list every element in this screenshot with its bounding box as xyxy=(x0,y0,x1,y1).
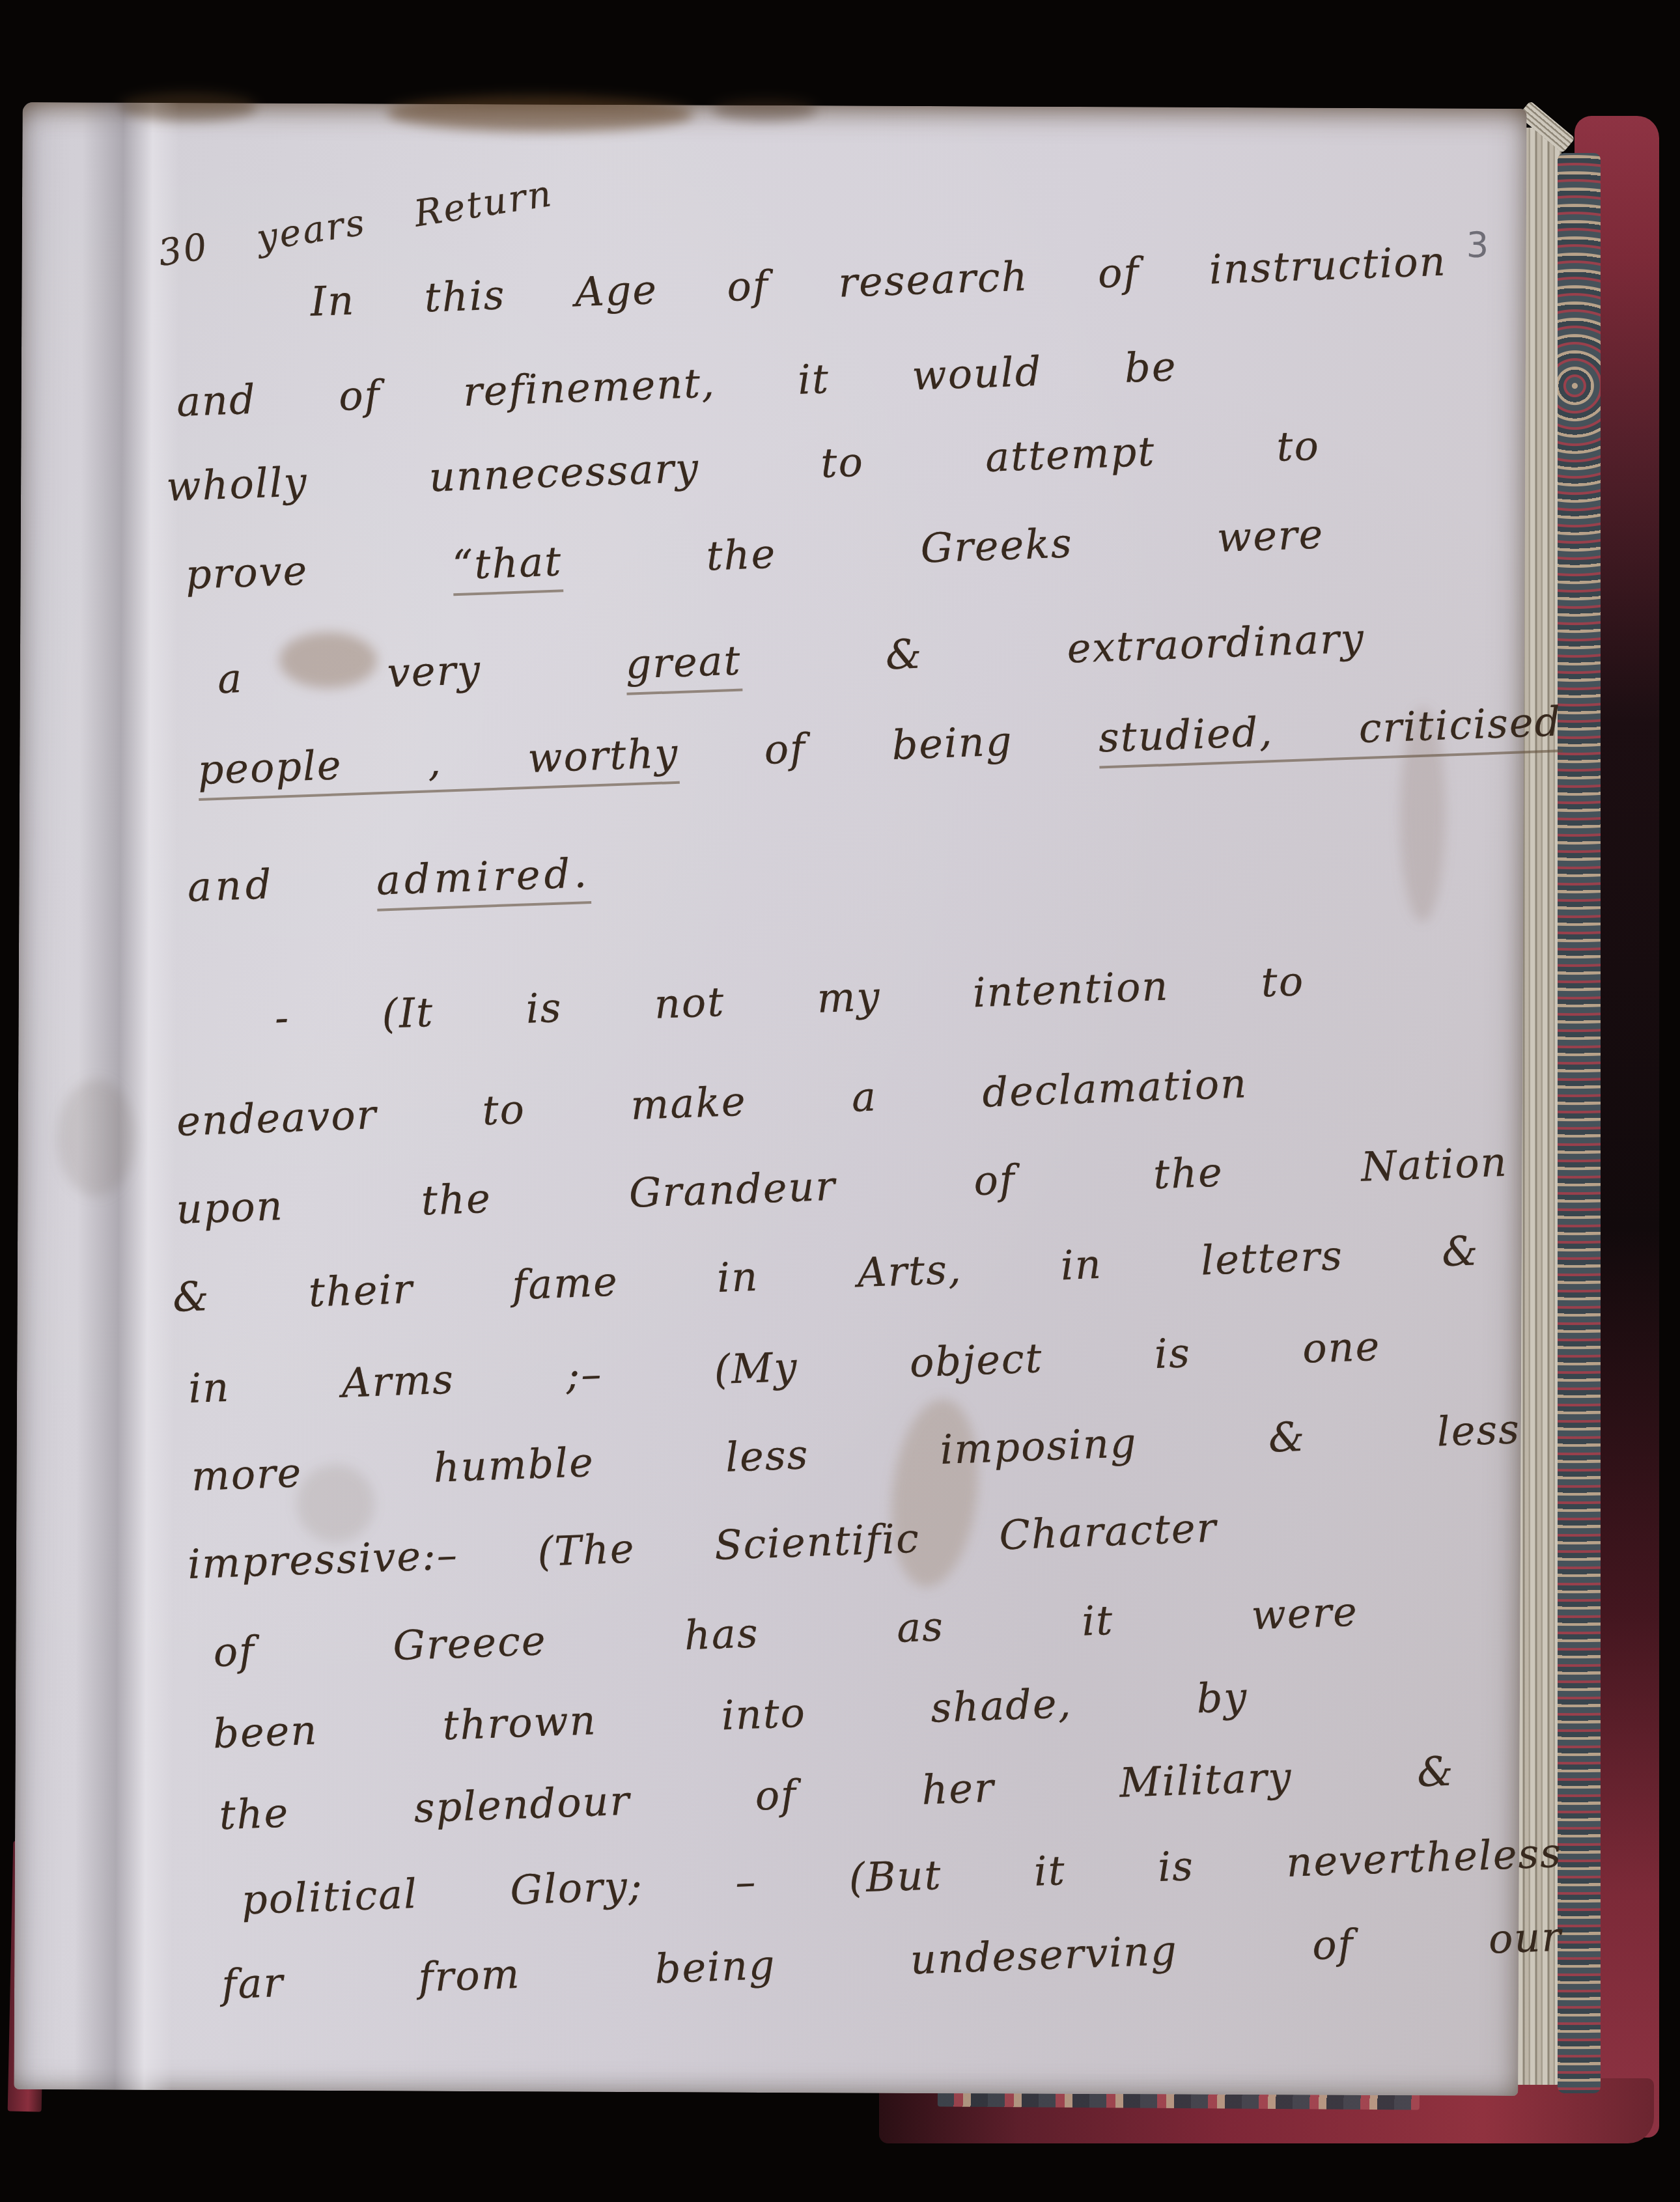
handwritten-text: the Greeks were xyxy=(705,510,1324,579)
handwritten-text: far from being undeserving of our xyxy=(221,1913,1563,2009)
handwritten-line: upon the Grandeur of the Nation xyxy=(175,1138,1508,1233)
underlined-word: great xyxy=(624,636,742,695)
underlined-word: “that xyxy=(451,537,563,596)
handwritten-text: political Glory; – (But it is neverthele… xyxy=(241,1829,1563,1924)
handwritten-line: & their fame in Arts, in letters & xyxy=(172,1227,1480,1321)
burn-stain xyxy=(387,94,693,132)
handwritten-line: people , worthy of being studied, critic… xyxy=(197,697,1562,794)
handwritten-line: and admired. xyxy=(187,849,592,911)
handwritten-text: endeavor to make a declamation xyxy=(176,1059,1248,1145)
handwritten-text: the splendour of her Military & xyxy=(218,1747,1455,1839)
underlined-word: studied, criticised xyxy=(1098,697,1563,768)
notebook-page: 30 years Return 3 In this Age of researc… xyxy=(14,102,1526,2096)
handwritten-line: - (It is not my intention to xyxy=(274,957,1306,1042)
handwritten-text: & their fame in Arts, in letters & xyxy=(172,1227,1480,1321)
burn-stain xyxy=(713,99,817,122)
handwritten-text: more humble less imposing & less xyxy=(191,1405,1522,1500)
photographed-notebook-scene: 30 years Return 3 In this Age of researc… xyxy=(0,0,1680,2202)
handwritten-text: wholly unnecessary to attempt to xyxy=(165,422,1321,510)
handwritten-line: a very great & extraordinary xyxy=(217,614,1365,703)
page-number: 3 xyxy=(1466,225,1490,266)
handwritten-text: a very xyxy=(217,646,482,703)
header-annotation: 30 years Return xyxy=(156,173,556,275)
handwritten-text: and of refinement, it would be xyxy=(176,342,1178,426)
handwritten-line: political Glory; – (But it is neverthele… xyxy=(241,1829,1563,1924)
handwritten-line: in Arms ;– (My object is one xyxy=(188,1322,1381,1412)
handwritten-line: prove “that the Greeks were xyxy=(185,510,1325,598)
handwritten-text: of Greece has as it were xyxy=(212,1587,1359,1676)
handwritten-line: wholly unnecessary to attempt to xyxy=(165,422,1321,510)
faint-stain xyxy=(57,1079,135,1197)
handwritten-line: and of refinement, it would be xyxy=(176,342,1178,426)
handwritten-line: more humble less imposing & less xyxy=(191,1405,1522,1500)
handwritten-text: in Arms ;– (My object is one xyxy=(188,1322,1381,1412)
handwritten-line: In this Age of research of instruction xyxy=(309,237,1447,325)
handwritten-line: far from being undeserving of our xyxy=(221,1913,1563,2009)
handwritten-text: and xyxy=(187,860,276,911)
handwritten-text: upon the Grandeur of the Nation xyxy=(175,1138,1508,1233)
handwritten-line: been thrown into shade, by xyxy=(212,1673,1249,1757)
handwritten-line: the splendour of her Military & xyxy=(218,1747,1455,1839)
handwritten-text: prove xyxy=(185,546,309,598)
handwritten-line: endeavor to make a declamation xyxy=(176,1059,1248,1145)
underlined-word: people , worthy xyxy=(197,729,679,801)
underlined-word: admired. xyxy=(376,849,592,912)
handwritten-text: & extraordinary xyxy=(885,614,1365,678)
marbled-page-edges xyxy=(1558,153,1601,2093)
handwritten-line: of Greece has as it were xyxy=(212,1587,1359,1676)
handwritten-text: - (It is not my intention to xyxy=(274,957,1306,1042)
handwritten-text: been thrown into shade, by xyxy=(212,1673,1249,1757)
handwritten-text: of being xyxy=(763,717,1013,773)
handwritten-text: In this Age of research of instruction xyxy=(309,237,1447,325)
